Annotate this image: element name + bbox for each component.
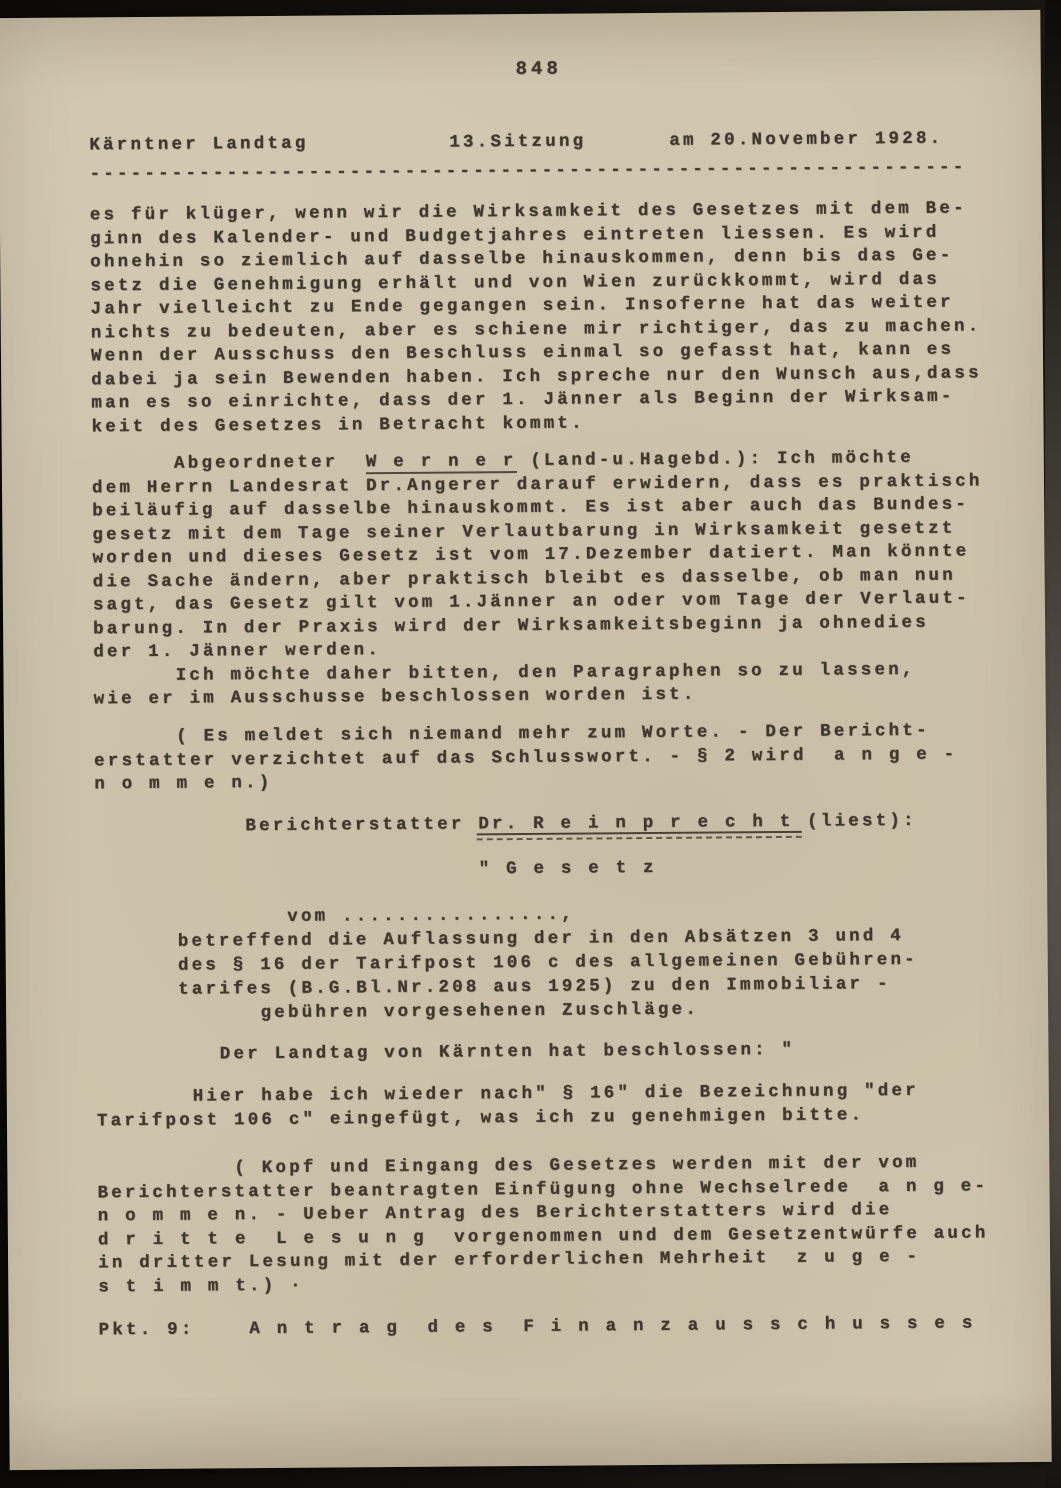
law-enactment-line: Der Landtag von Kärnten hat beschlossen:…: [96, 1037, 996, 1068]
agenda-item-9-line: Pkt. 9: A n t r a g d e s F i n a n z a …: [99, 1312, 999, 1343]
scanned-document-page: { "page": { "number": "848", "header": {…: [0, 0, 1061, 1488]
header-session-number: 13.Sitzung: [449, 131, 586, 156]
speaker-name-underlined: W e r n e r: [366, 451, 517, 474]
procedural-note-2: ( Kopf und Eingang des Gesetzes werden m…: [97, 1151, 998, 1299]
reporter-suffix: (liest):: [793, 811, 916, 832]
reporter-line: Berichterstatter Dr. R e i n p r e c h t…: [95, 809, 995, 840]
reporter-remark: Hier habe ich wieder nach" § 16" die Bez…: [97, 1079, 997, 1133]
document-header: Kärntner Landtag 13.Sitzung am 20.Novemb…: [89, 127, 989, 158]
paper-sheet: 848 Kärntner Landtag 13.Sitzung am 20.No…: [0, 10, 1052, 1470]
law-title: " G e s e t z: [95, 854, 995, 885]
header-session-body: Kärntner Landtag: [89, 133, 308, 158]
speaker-suffix: (Land-u.Hagebd.): Ich möchte: [517, 448, 915, 471]
procedural-note-1: ( Es meldet sich niemand mehr zum Worte.…: [94, 719, 995, 797]
page-number: 848: [89, 54, 989, 85]
law-preamble: vom ................, betreffend die Auf…: [95, 899, 996, 1026]
speech-paragraph-continued: es für klüger, wenn wir die Wirksamkeit …: [90, 197, 992, 439]
header-divider-rule: ----------------------------------------…: [89, 156, 989, 187]
reporter-name-underlined: Dr. R e i n p r e c h t: [478, 812, 793, 834]
header-session-date: am 20.November 1928.: [669, 128, 943, 154]
text-column: 848 Kärntner Landtag 13.Sitzung am 20.No…: [88, 10, 988, 41]
speech-werner-body: dem Herrn Landesrat Dr.Angerer darauf er…: [92, 470, 994, 712]
reporter-prefix: Berichterstatter: [95, 814, 479, 837]
speaker-prefix: Abgeordneter: [92, 452, 366, 474]
speech-werner: Abgeordneter W e r n e r (Land-u.Hagebd.…: [92, 446, 994, 712]
